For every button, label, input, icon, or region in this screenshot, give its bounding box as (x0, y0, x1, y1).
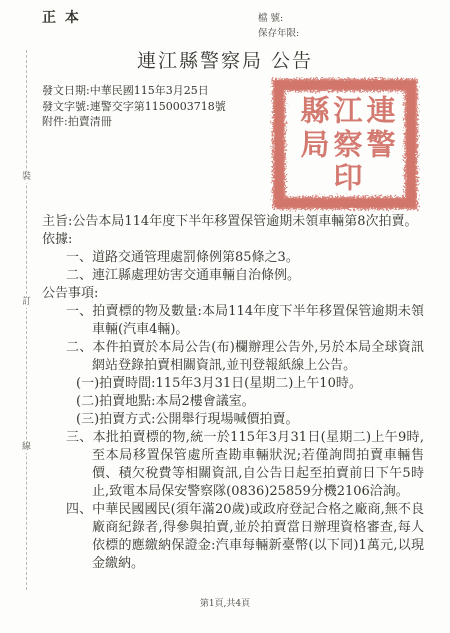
body-paragraph: 二、連江縣處理妨害交通車輛自治條例。 (42, 267, 424, 285)
body-paragraph: (一)拍賣時間:115年3月31日(星期二)上午10時。 (42, 375, 424, 393)
body-paragraph: (二)拍賣地點:本局2樓會議室。 (42, 393, 424, 411)
document-title: 連江縣警察局 公告 (0, 46, 450, 73)
binding-dashed-line (26, 50, 27, 590)
body-paragraph: 公告事項: (42, 285, 424, 303)
body-paragraph: 三、本批拍賣標的物,統一於115年3月31日(星期二)上午9時,至本局移置保管處… (42, 429, 424, 501)
official-seal: 連江縣 警察局 印 (270, 77, 420, 212)
body-paragraph: 二、本件拍賣於本局公告(布)欄辦理公告外,另於本局全球資訊網站登錄拍賣相關資訊,… (42, 339, 424, 375)
seal-column-right: 連江縣 (297, 95, 396, 129)
binding-mark: 線 (20, 442, 33, 453)
seal-column-middle: 警察局 (297, 129, 396, 163)
body-paragraph: 一、道路交通管理處罰條例第85條之3。 (42, 249, 424, 267)
binding-mark: 訂 (20, 297, 33, 308)
file-number-label: 檔 號: (258, 11, 299, 26)
doc-number: 發文字號:連警交字第1150003718號 (42, 99, 226, 115)
seal-script-text: 連江縣 警察局 印 (294, 95, 398, 194)
body-paragraph: 四、中華民國國民(須年滿20歲)或政府登記合格之廠商,無不良廠商紀錄者,得參與拍… (42, 501, 424, 573)
document-meta: 發文日期:中華民國115年3月25日 發文字號:連警交字第1150003718號… (42, 83, 226, 130)
issue-date: 發文日期:中華民國115年3月25日 (42, 83, 226, 99)
binding-mark: 裝 (20, 172, 33, 183)
body-paragraph: (三)拍賣方式:公開舉行現場喊價拍賣。 (42, 411, 424, 429)
body-paragraph: 一、拍賣標的物及數量:本局114年度下半年移置保管逾期未領車輛(汽車4輛)。 (42, 303, 424, 339)
retention-period-label: 保存年限: (258, 26, 299, 41)
copy-type-label: 正 本 (42, 7, 81, 27)
official-announcement-page: 正 本 檔 號: 保存年限: 連江縣警察局 公告 發文日期:中華民國115年3月… (0, 0, 450, 633)
body-paragraph: 主旨:公告本局114年度下半年移置保管逾期未領車輛第8次拍賣。 (42, 213, 424, 231)
body-paragraph: 依據: (42, 231, 424, 249)
page-number: 第1頁,共4頁 (0, 596, 450, 609)
seal-column-left: 印 (330, 162, 363, 194)
document-body: 主旨:公告本局114年度下半年移置保管逾期未領車輛第8次拍賣。依據:一、道路交通… (42, 213, 424, 573)
filing-block: 檔 號: 保存年限: (258, 11, 299, 41)
attachment: 附件:拍賣清冊 (42, 114, 226, 130)
